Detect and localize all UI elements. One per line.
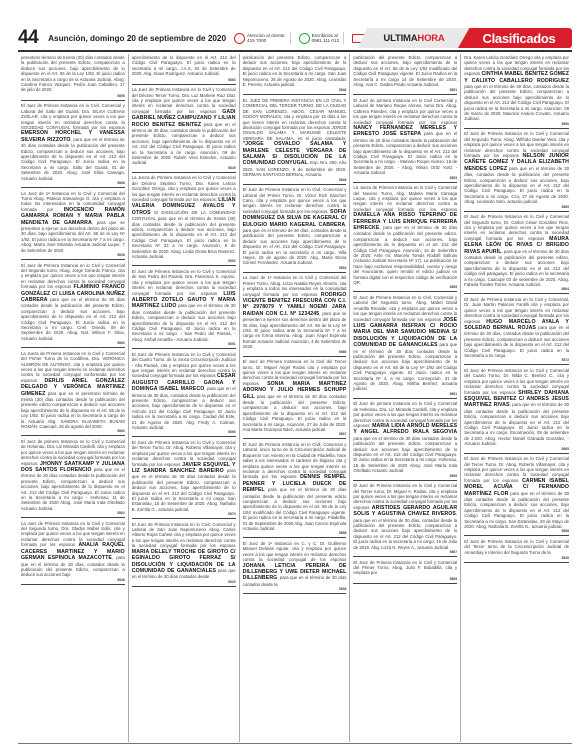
- notice-code: 5857: [243, 432, 347, 436]
- notice-text-cont: para que en el término de 30 días, conta…: [464, 166, 569, 204]
- notice-parties: ARISTIDES GERARDO AGUILAR SOLIS Y AGUSTI…: [353, 505, 457, 517]
- legal-notice: El Juez de Primera Instancia en lo Civil…: [243, 358, 347, 439]
- footer-rule: [18, 743, 572, 744]
- brand-logo: ULTIMAHORA: [358, 28, 470, 48]
- notice-code: 5853: [353, 176, 457, 180]
- notice-text-cont: S/ DISOLUCIÓN DE LA COMUNIDAD CONYUGAL p…: [132, 210, 236, 259]
- legal-notice: El Juez de Primera Instancia en lo Civil…: [132, 439, 236, 519]
- legal-notice: El Juez de Primera Instancia en lo Civil…: [464, 538, 569, 563]
- legal-notice: El Juez de Primera Instancia en lo Civil…: [21, 262, 125, 349]
- brand-hora: HORA: [417, 33, 444, 44]
- notice-code: 5867: [353, 550, 457, 554]
- legal-notice: publicación del presente Edicto, compare…: [353, 54, 457, 95]
- notice-code: 5852: [132, 259, 236, 263]
- divider: [343, 32, 344, 44]
- notice-code: 5872: [464, 358, 569, 362]
- column-1: perentorio término de treinta (30) días …: [18, 54, 129, 742]
- contact-whatsapp-value: 0981 111 013: [312, 38, 339, 43]
- notice-text: El Juez de Primera Instancia en lo Civil…: [353, 295, 457, 322]
- legal-notice: La Juez de 1ª Instancia en lo Civil y Co…: [243, 274, 347, 356]
- contact-whatsapp: Escribinos al0981 111 013: [299, 33, 339, 44]
- notice-code: 5862: [21, 511, 125, 515]
- legal-notice: La Juez de 1ª Instancia en lo Civil y Co…: [21, 190, 125, 260]
- column-4: publicación del presente Edicto, compare…: [350, 54, 461, 742]
- notice-text-cont: para que en el término de 30 días, conta…: [132, 122, 236, 166]
- notice-code: 5863: [132, 78, 236, 82]
- notice-code: 5851: [132, 342, 236, 346]
- notice-text-cont: , para que en el término de 30 días cont…: [464, 402, 569, 446]
- notice-code: 5836: [21, 253, 125, 257]
- notice-code: 5865: [464, 205, 569, 209]
- whatsapp-icon: [299, 33, 310, 44]
- notice-text: El Juez de Primera Instancia en lo Civil…: [132, 522, 236, 549]
- legal-notice: El Juez de Primera Instancia en lo Civil…: [243, 441, 347, 539]
- legal-notice: EL JUEZ DE PRIMERA INSTANCIA EN LO CIVIL…: [243, 97, 347, 185]
- notice-text-cont: , para que se presenten a ejercer sus de…: [243, 311, 347, 349]
- legal-notice: El Juez de primera Instancia en lo Civil…: [353, 400, 457, 480]
- notice-code: 5868: [21, 181, 125, 185]
- page-header: 44 Asunción, domingo 20 de septiembre de…: [18, 28, 572, 48]
- notice-code: 5864: [464, 287, 569, 291]
- notice-code: 5848: [243, 178, 347, 182]
- notice-text: La Jueza de Primera Instancia en lo Civi…: [353, 185, 457, 212]
- classified-columns: perentorio término de treinta (30) días …: [18, 54, 572, 742]
- legal-notice: El Juez de Primera Instancia en lo Civil…: [353, 294, 457, 399]
- notice-code: 5851: [353, 88, 457, 92]
- notice-text-cont: , para que en el término de 30 días, con…: [132, 386, 236, 430]
- notice-text-cont: , para que en el término de 30 días cont…: [353, 225, 457, 285]
- notice-code: 5854: [243, 266, 347, 270]
- notice-text-cont: para que en el término de 30 días contad…: [21, 467, 125, 511]
- legal-notice: La Jueza de Primera Instancia en lo Civi…: [132, 174, 236, 266]
- notice-text-cont: para que en el término de 30 días contad…: [353, 436, 457, 473]
- legal-notice: El Juez de Primera Instancia en lo Civil…: [353, 559, 457, 584]
- legal-notice: El Juez de Primera Instancia en lo Civil…: [21, 102, 125, 188]
- legal-notice: apercibimiento de lo dispuesto en el Art…: [132, 54, 236, 85]
- notice-text: publicación del presente Edicto, compare…: [353, 55, 457, 87]
- legal-notice: perentorio término de treinta (30) días …: [21, 54, 125, 101]
- notice-text-cont: para que en el perentorio término de tre…: [21, 391, 125, 429]
- notice-code: 5838: [243, 587, 347, 591]
- page-number: 44: [18, 27, 38, 49]
- notice-code: 5846: [21, 578, 125, 582]
- legal-notice: El Juez de Primera Instancia en lo Civil…: [464, 455, 569, 536]
- header-rule: [18, 50, 572, 52]
- notice-text-cont: para que en el término de 30 días contad…: [464, 491, 569, 529]
- column-5: Dra. Karen Leticia González Orrego cita …: [461, 54, 572, 742]
- section-title: Clasificados: [458, 28, 572, 48]
- notice-code: 5861: [353, 392, 457, 396]
- legal-notice: El Juez de Primera Instancia en lo Civil…: [464, 296, 569, 365]
- notice-text-cont: , para que en el término de 30 días, con…: [243, 222, 347, 266]
- column-2: apercibimiento de lo dispuesto en el Art…: [129, 54, 240, 742]
- notice-text-cont: para que en el término de 30 días contad…: [21, 297, 125, 341]
- legal-notice: La Juez de Primera Instancia en lo Civil…: [21, 520, 125, 585]
- notice-text-cont: para que en el término de 30 días contad…: [243, 394, 347, 432]
- notice-code: 5868: [464, 529, 569, 533]
- notice-code: 5855: [353, 285, 457, 289]
- notice-code: 5830: [464, 556, 569, 560]
- notice-code: 5860: [21, 341, 125, 345]
- notice-text: perentorio término de treinta (30) días …: [21, 55, 125, 92]
- notice-text-cont: para que en el término de 30 días contad…: [132, 468, 236, 512]
- legal-notice: La Jueza de Primera Instancia en lo Civi…: [353, 184, 457, 292]
- notice-text: El Juez de Primera Instancia en lo Civil…: [353, 560, 457, 576]
- notice-text: publicación del presente Edicto, compare…: [243, 55, 347, 87]
- notice-code: 5863: [21, 429, 125, 433]
- notice-code: 5846: [243, 88, 347, 92]
- legal-notice: El Juez de primera Instancia en lo Civil…: [21, 438, 125, 518]
- notice-text-cont: para que en el término de 30 días contad…: [353, 342, 457, 391]
- notice-text: El Juez de Primera Instancia en lo Civil…: [132, 269, 236, 296]
- divider: [290, 32, 291, 44]
- notice-text-cont: , para que en el término de 30 días cont…: [21, 137, 125, 181]
- legal-notice: El Juez de Primera Instancia en lo Civil…: [132, 268, 236, 349]
- notice-text-cont: para que en el término de 30 días contad…: [243, 487, 347, 531]
- legal-notice: publicación del presente Edicto, compare…: [243, 54, 347, 95]
- notice-text: El Juez de primera Instancia en lo Civil…: [353, 98, 457, 125]
- notice-code: 5865: [464, 447, 569, 451]
- notice-text-cont: , para que en el término de 30 días, con…: [353, 511, 457, 549]
- notice-code: 5829: [132, 580, 236, 584]
- notice-parties: CINTHIA MABEL BENITEZ GOMEZ Y CALIXTO CA…: [464, 71, 569, 83]
- notice-code: 5859: [353, 474, 457, 478]
- notice-code: 5866: [132, 430, 236, 434]
- notice-code: 5858: [243, 531, 347, 535]
- notice-code: 5849: [132, 166, 236, 170]
- newspaper-page: 44 Asunción, domingo 20 de septiembre de…: [18, 0, 572, 756]
- legal-notice: El Juez de Primera Instancia en lo Civil…: [132, 521, 236, 587]
- legal-notice: El Juez de Primera Instancia en lo Civil…: [243, 186, 347, 273]
- legal-notice: El Juez de 1ª Instancia en C. y C. Dr. G…: [243, 540, 347, 594]
- legal-notice: El Juez de Primera Instancia en lo Civil…: [464, 367, 569, 454]
- notice-text: El Juez de 1ª Instancia en C. y C. Dr. G…: [243, 541, 347, 562]
- notice-text-cont: , para que en el término de 30 días cont…: [464, 249, 569, 287]
- legal-notice: El Juez de Primera Instancia en lo Civil…: [464, 130, 569, 211]
- legal-notice: La Jueza de Primera Instancia en lo Civi…: [21, 350, 125, 437]
- notice-code: 5856: [21, 94, 125, 98]
- publication-date: Asunción, domingo 20 de septiembre de 20…: [48, 34, 226, 43]
- legal-notice: Dra. Karen Leticia González Orrego cita …: [464, 54, 569, 129]
- column-3: publicación del presente Edicto, compare…: [240, 54, 351, 742]
- notice-code: 5850: [464, 122, 569, 126]
- legal-notice: El Juez de Primera Instancia en lo Civil…: [464, 213, 569, 294]
- notice-code: 5870: [132, 512, 236, 516]
- notice-text: apercibimiento de lo dispuesto en el Art…: [132, 55, 236, 76]
- notice-code: 5869: [353, 577, 457, 581]
- notice-text: EL JUEZ DE PRIMERA INSTANCIA EN LO CIVIL…: [243, 98, 347, 141]
- legal-notice: El Juez de Primera Instancia en lo Civil…: [353, 482, 457, 557]
- notice-text-cont: para que en el término de 30 días contad…: [132, 303, 236, 341]
- notice-text: El Juez de Primera Instancia en lo Civil…: [21, 103, 125, 130]
- notice-text: El Juez de Primera Instancia en lo Civil…: [464, 539, 569, 555]
- contact-phone-value: 415 7000: [247, 38, 266, 43]
- phone-icon: [234, 33, 245, 44]
- legal-notice: El Juez de primera Instancia en lo Civil…: [353, 97, 457, 183]
- notice-text-cont: para que en el término de 30 días, conta…: [464, 84, 569, 121]
- brand-ultima: ULTIMA: [383, 33, 417, 44]
- legal-notice: La Juez de Primera Instancia en lo Civil…: [132, 86, 236, 173]
- contact-phone: Atención al cliente:415 7000: [234, 33, 286, 44]
- notice-code: 5866: [243, 350, 347, 354]
- notice-text: La Juez de Primera Instancia en lo Civil…: [132, 87, 236, 114]
- notice-text-cont: para que en el término de 30 días contad…: [353, 131, 457, 175]
- legal-notice: El Juez de Primera Instancia en lo Civil…: [132, 351, 236, 438]
